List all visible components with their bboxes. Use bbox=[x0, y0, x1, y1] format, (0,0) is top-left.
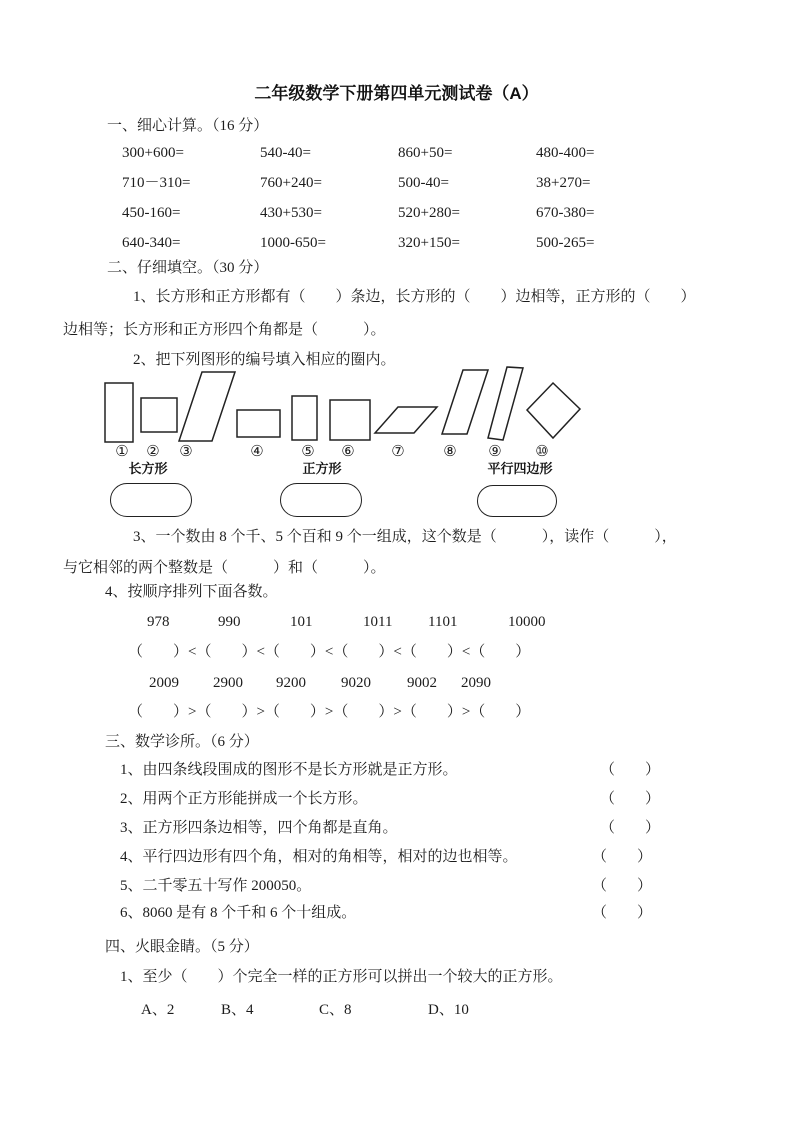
section2-heading: 二、仔细填空。（30 分） bbox=[107, 258, 268, 278]
clinic-statement: 4、平行四边形有四个角，相对的角相等，相对的边也相等。 bbox=[120, 847, 518, 867]
page-title: 二年级数学下册第四单元测试卷（A） bbox=[0, 84, 793, 104]
section4-q1: 1、至少（ ）个完全一样的正方形可以拼出一个较大的正方形。 bbox=[120, 967, 563, 987]
shape-number-2: ② bbox=[146, 444, 159, 460]
section1-heading: 一、细心计算。（16 分） bbox=[107, 116, 268, 136]
number: 978 bbox=[147, 612, 170, 632]
option-c: C、8 bbox=[319, 1000, 352, 1020]
q4-prompt: 4、按顺序排列下面各数。 bbox=[105, 582, 278, 602]
number: 2900 bbox=[213, 673, 243, 693]
shape-number-10: ⑩ bbox=[535, 444, 548, 460]
calc-problem: 300+600= bbox=[122, 138, 260, 168]
shape-1-rectangle bbox=[105, 383, 133, 442]
category-label-parallelogram: 平行四边形 bbox=[487, 461, 552, 477]
shape-number-7: ⑦ bbox=[391, 444, 404, 460]
shape-number-4: ④ bbox=[250, 444, 263, 460]
number: 2009 bbox=[149, 673, 179, 693]
number: 10000 bbox=[508, 612, 546, 632]
number: 9002 bbox=[407, 673, 437, 693]
judgment-blank: （ ） bbox=[592, 876, 652, 896]
shape-4-rectangle bbox=[237, 410, 280, 437]
number: 101 bbox=[290, 612, 313, 632]
judgment-blank: （ ） bbox=[600, 789, 660, 809]
q4-compare-row2: （ ）>（ ）>（ ）>（ ）>（ ）>（ ） bbox=[128, 702, 530, 722]
shape-number-9: ⑨ bbox=[488, 444, 501, 460]
shape-7-parallelogram bbox=[375, 407, 437, 433]
calc-problem: 320+150= bbox=[398, 228, 536, 258]
shape-3-parallelogram bbox=[179, 372, 235, 441]
judgment-blank: （ ） bbox=[600, 760, 660, 780]
calc-problem: 540-40= bbox=[260, 138, 398, 168]
category-label-square: 正方形 bbox=[302, 461, 341, 477]
clinic-statement: 6、8060 是有 8 个千和 6 个十组成。 bbox=[120, 903, 356, 923]
calc-problem: 860+50= bbox=[398, 138, 536, 168]
calc-problem: 710－310= bbox=[122, 168, 260, 198]
shape-number-8: ⑧ bbox=[443, 444, 456, 460]
shape-8-parallelogram bbox=[442, 370, 488, 434]
number: 9020 bbox=[341, 673, 371, 693]
clinic-statement: 2、用两个正方形能拼成一个长方形。 bbox=[120, 789, 368, 809]
number: 9200 bbox=[276, 673, 306, 693]
calc-problem: 430+530= bbox=[260, 198, 398, 228]
section3-heading: 三、数学诊所。（6 分） bbox=[105, 732, 259, 752]
q1-line1: 1、长方形和正方形都有（ ）条边，长方形的（ ）边相等，正方形的（ ） bbox=[133, 287, 696, 307]
q3-line2: 与它相邻的两个整数是（ ）和（ ）。 bbox=[63, 558, 386, 578]
calc-problem: 640-340= bbox=[122, 228, 260, 258]
number: 1011 bbox=[363, 612, 392, 632]
shape-number-5: ⑤ bbox=[301, 444, 314, 460]
shape-number-3: ③ bbox=[179, 444, 192, 460]
judgment-blank: （ ） bbox=[592, 903, 652, 923]
calc-problem: 670-380= bbox=[536, 198, 674, 228]
shape-number-6: ⑥ bbox=[341, 444, 354, 460]
judgment-blank: （ ） bbox=[600, 818, 660, 838]
calculation-grid: 300+600= 540-40= 860+50= 480-400= 710－31… bbox=[122, 138, 674, 258]
answer-oval-parallelogram bbox=[477, 485, 557, 517]
shape-number-1: ① bbox=[115, 444, 128, 460]
calc-problem: 520+280= bbox=[398, 198, 536, 228]
option-a: A、2 bbox=[141, 1000, 174, 1020]
q1-line2: 边相等；长方形和正方形四个角都是（ ）。 bbox=[63, 320, 386, 340]
worksheet-page: 二年级数学下册第四单元测试卷（A） 一、细心计算。（16 分） 300+600=… bbox=[0, 0, 793, 1122]
shape-6-square bbox=[330, 400, 370, 440]
number: 990 bbox=[218, 612, 241, 632]
calc-problem: 500-265= bbox=[536, 228, 674, 258]
calc-problem: 760+240= bbox=[260, 168, 398, 198]
number: 1101 bbox=[428, 612, 457, 632]
shape-10-diamond bbox=[527, 383, 580, 438]
shape-5-rectangle bbox=[292, 396, 317, 440]
section4-heading: 四、火眼金睛。（5 分） bbox=[105, 937, 259, 957]
answer-oval-rectangle bbox=[110, 483, 192, 517]
calc-problem: 500-40= bbox=[398, 168, 536, 198]
calc-problem: 480-400= bbox=[536, 138, 674, 168]
calc-problem: 1000-650= bbox=[260, 228, 398, 258]
judgment-blank: （ ） bbox=[592, 847, 652, 867]
option-d: D、10 bbox=[428, 1000, 469, 1020]
clinic-statement: 1、由四条线段围成的图形不是长方形就是正方形。 bbox=[120, 760, 458, 780]
clinic-statement: 3、正方形四条边相等，四个角都是直角。 bbox=[120, 818, 398, 838]
q4-compare-row1: （ ）<（ ）<（ ）<（ ）<（ ）<（ ） bbox=[128, 642, 530, 662]
clinic-statement: 5、二千零五十写作 200050。 bbox=[120, 876, 311, 896]
number: 2090 bbox=[461, 673, 491, 693]
option-b: B、4 bbox=[221, 1000, 254, 1020]
shape-9-parallelogram bbox=[488, 367, 523, 440]
calc-problem: 450-160= bbox=[122, 198, 260, 228]
calc-problem: 38+270= bbox=[536, 168, 674, 198]
category-label-rectangle: 长方形 bbox=[128, 461, 167, 477]
shape-2-rectangle bbox=[141, 398, 177, 432]
q3-line1: 3、一个数由 8 个千、5 个百和 9 个一组成，这个数是（ ），读作（ ）， bbox=[133, 527, 677, 547]
answer-oval-square bbox=[280, 483, 362, 517]
